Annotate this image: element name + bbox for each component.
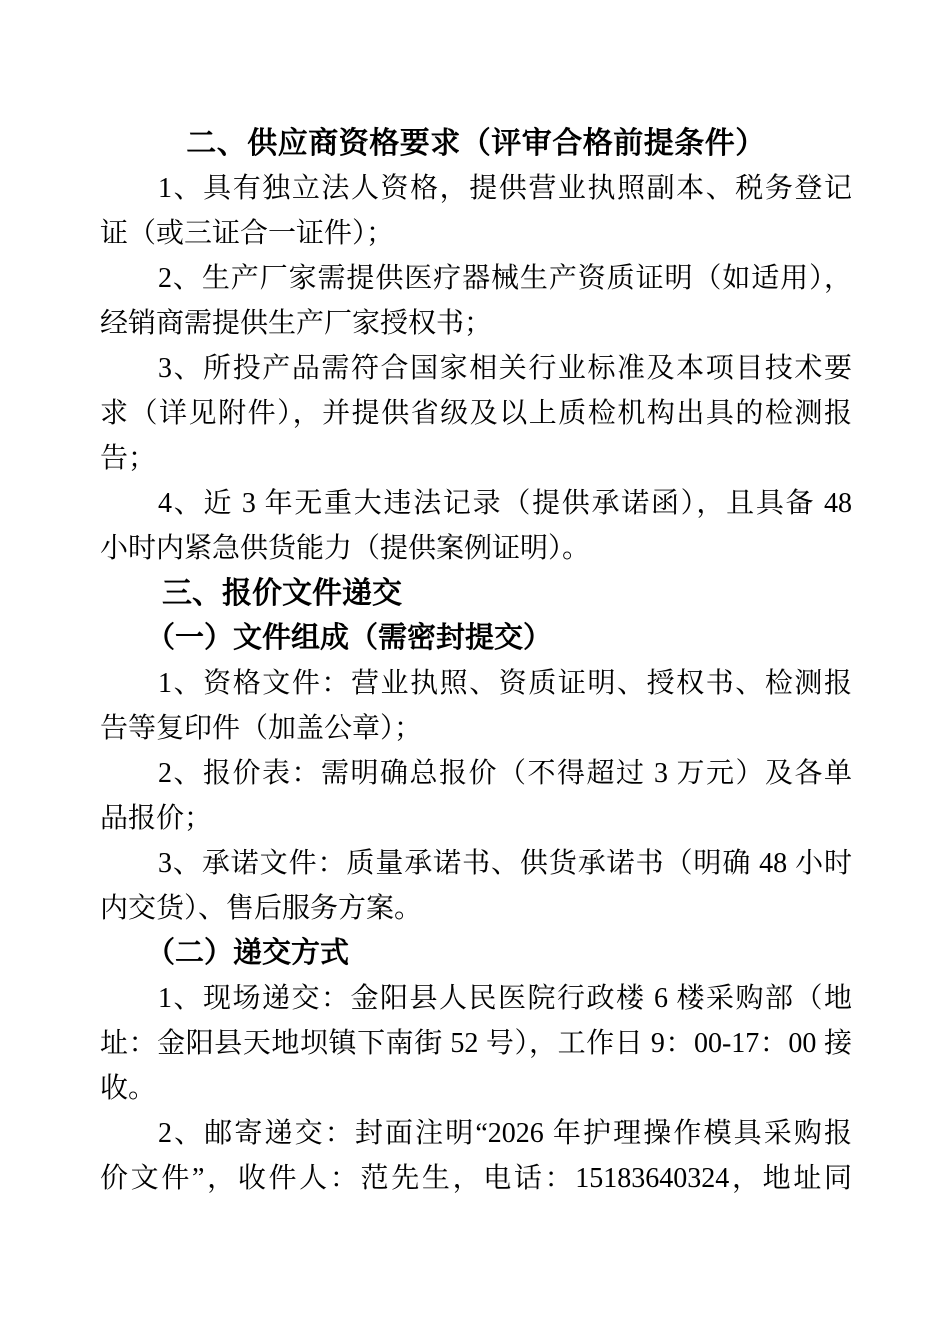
body-line: 经销商需提供生产厂家授权书； (100, 301, 852, 346)
section2-heading: 二、供应商资格要求（评审合格前提条件） (100, 121, 852, 166)
body-line: 告等复印件（加盖公章）； (100, 706, 852, 751)
subsection-composition-heading: （一）文件组成（需密封提交） (100, 616, 852, 661)
body-line: 2、邮寄递交：封面注明“2026 年护理操作模具采购报 (100, 1111, 852, 1156)
subsection-delivery-heading: （二）递交方式 (100, 931, 852, 976)
body-line: 4、近 3 年无重大违法记录（提供承诺函），且具备 48 (100, 481, 852, 526)
document-body: 二、供应商资格要求（评审合格前提条件） 1、具有独立法人资格，提供营业执照副本、… (100, 121, 852, 1201)
body-line: 告； (100, 436, 852, 481)
body-line: 1、具有独立法人资格，提供营业执照副本、税务登记 (100, 166, 852, 211)
body-line: 证（或三证合一证件）； (100, 211, 852, 256)
body-line: 1、资格文件：营业执照、资质证明、授权书、检测报 (100, 661, 852, 706)
body-line: 3、承诺文件：质量承诺书、供货承诺书（明确 48 小时 (100, 841, 852, 886)
body-line: 2、生产厂家需提供医疗器械生产资质证明（如适用）， (100, 256, 852, 301)
body-line: 2、报价表：需明确总报价（不得超过 3 万元）及各单 (100, 751, 852, 796)
body-line: 收。 (100, 1066, 852, 1111)
body-line: 1、现场递交：金阳县人民医院行政楼 6 楼采购部（地 (100, 976, 852, 1021)
document-page: 二、供应商资格要求（评审合格前提条件） 1、具有独立法人资格，提供营业执照副本、… (0, 0, 950, 1344)
body-line: 内交货）、售后服务方案。 (100, 886, 852, 931)
body-line: 小时内紧急供货能力（提供案例证明）。 (100, 526, 852, 571)
body-line: 址：金阳县天地坝镇下南街 52 号），工作日 9：00-17：00 接 (100, 1021, 852, 1066)
body-line: 价文件”，收件人：范先生，电话：15183640324，地址同 (100, 1156, 852, 1201)
section3-heading: 三、报价文件递交 (100, 571, 852, 616)
body-line: 品报价； (100, 796, 852, 841)
body-line: 3、所投产品需符合国家相关行业标准及本项目技术要 (100, 346, 852, 391)
body-line: 求（详见附件），并提供省级及以上质检机构出具的检测报 (100, 391, 852, 436)
